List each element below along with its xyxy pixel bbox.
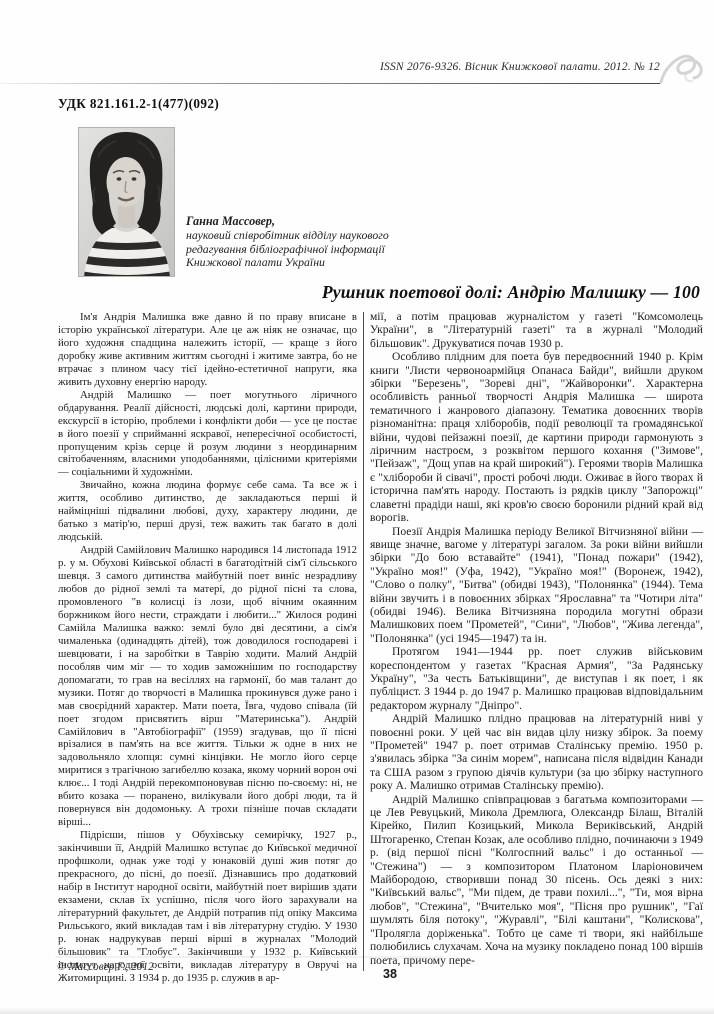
author-photo bbox=[78, 127, 175, 277]
body-paragraph: Андрій Малишко — поет могутнього лірично… bbox=[58, 389, 357, 480]
left-column: Ім'я Андрія Малишка вже давно й по праву… bbox=[58, 311, 357, 985]
header-rule bbox=[0, 83, 660, 84]
author-affiliation-line: редагування бібліографічної інформації bbox=[186, 243, 416, 256]
column-divider bbox=[363, 312, 364, 971]
article-body: Ім'я Андрія Малишка вже давно й по праву… bbox=[58, 311, 704, 985]
scan-artifact-swirl-icon bbox=[656, 44, 708, 96]
author-name: Ганна Массовер, bbox=[186, 215, 416, 228]
body-paragraph: Звичайно, кожна людина формує себе сама.… bbox=[58, 479, 357, 544]
body-paragraph: Андрій Самійлович Малишко народився 14 л… bbox=[58, 544, 357, 829]
body-paragraph: мії, а потім працював журналістом у газе… bbox=[370, 311, 703, 351]
page-number: 38 bbox=[383, 967, 397, 981]
body-paragraph: Особливо плідним для поета був передвоєн… bbox=[370, 351, 703, 525]
body-paragraph: Андрій Малишко співпрацював з багатьма к… bbox=[370, 794, 703, 968]
body-paragraph: Андрій Малишко плідно працював на літера… bbox=[370, 713, 703, 793]
body-paragraph: Ім'я Андрія Малишка вже давно й по праву… bbox=[58, 311, 357, 389]
right-column: мії, а потім працював журналістом у газе… bbox=[370, 311, 703, 985]
scan-smudge bbox=[55, 956, 443, 958]
copyright-note: © Массовер Г., 2012 bbox=[57, 961, 154, 973]
article-title: Рушник поетової долі: Андрію Малишку — 1… bbox=[322, 282, 700, 303]
author-affiliation-line: Книжкової палати України bbox=[186, 256, 416, 269]
body-paragraph: Протягом 1941—1944 рр. поет служив війсь… bbox=[370, 646, 703, 713]
scan-edge-shadow bbox=[0, 1007, 714, 1014]
journal-running-head: ISSN 2076-9326. Вісник Книжкової палати.… bbox=[380, 61, 660, 73]
author-block: Ганна Массовер, науковий співробітник ві… bbox=[186, 215, 416, 270]
udc-code: УДК 821.161.2-1(477)(092) bbox=[58, 96, 219, 112]
body-paragraph: Поезії Андрія Малишка періоду Великої Ві… bbox=[370, 526, 703, 647]
journal-page: ISSN 2076-9326. Вісник Книжкової палати.… bbox=[0, 0, 714, 1014]
author-affiliation-line: науковий співробітник відділу наукового bbox=[186, 229, 416, 242]
